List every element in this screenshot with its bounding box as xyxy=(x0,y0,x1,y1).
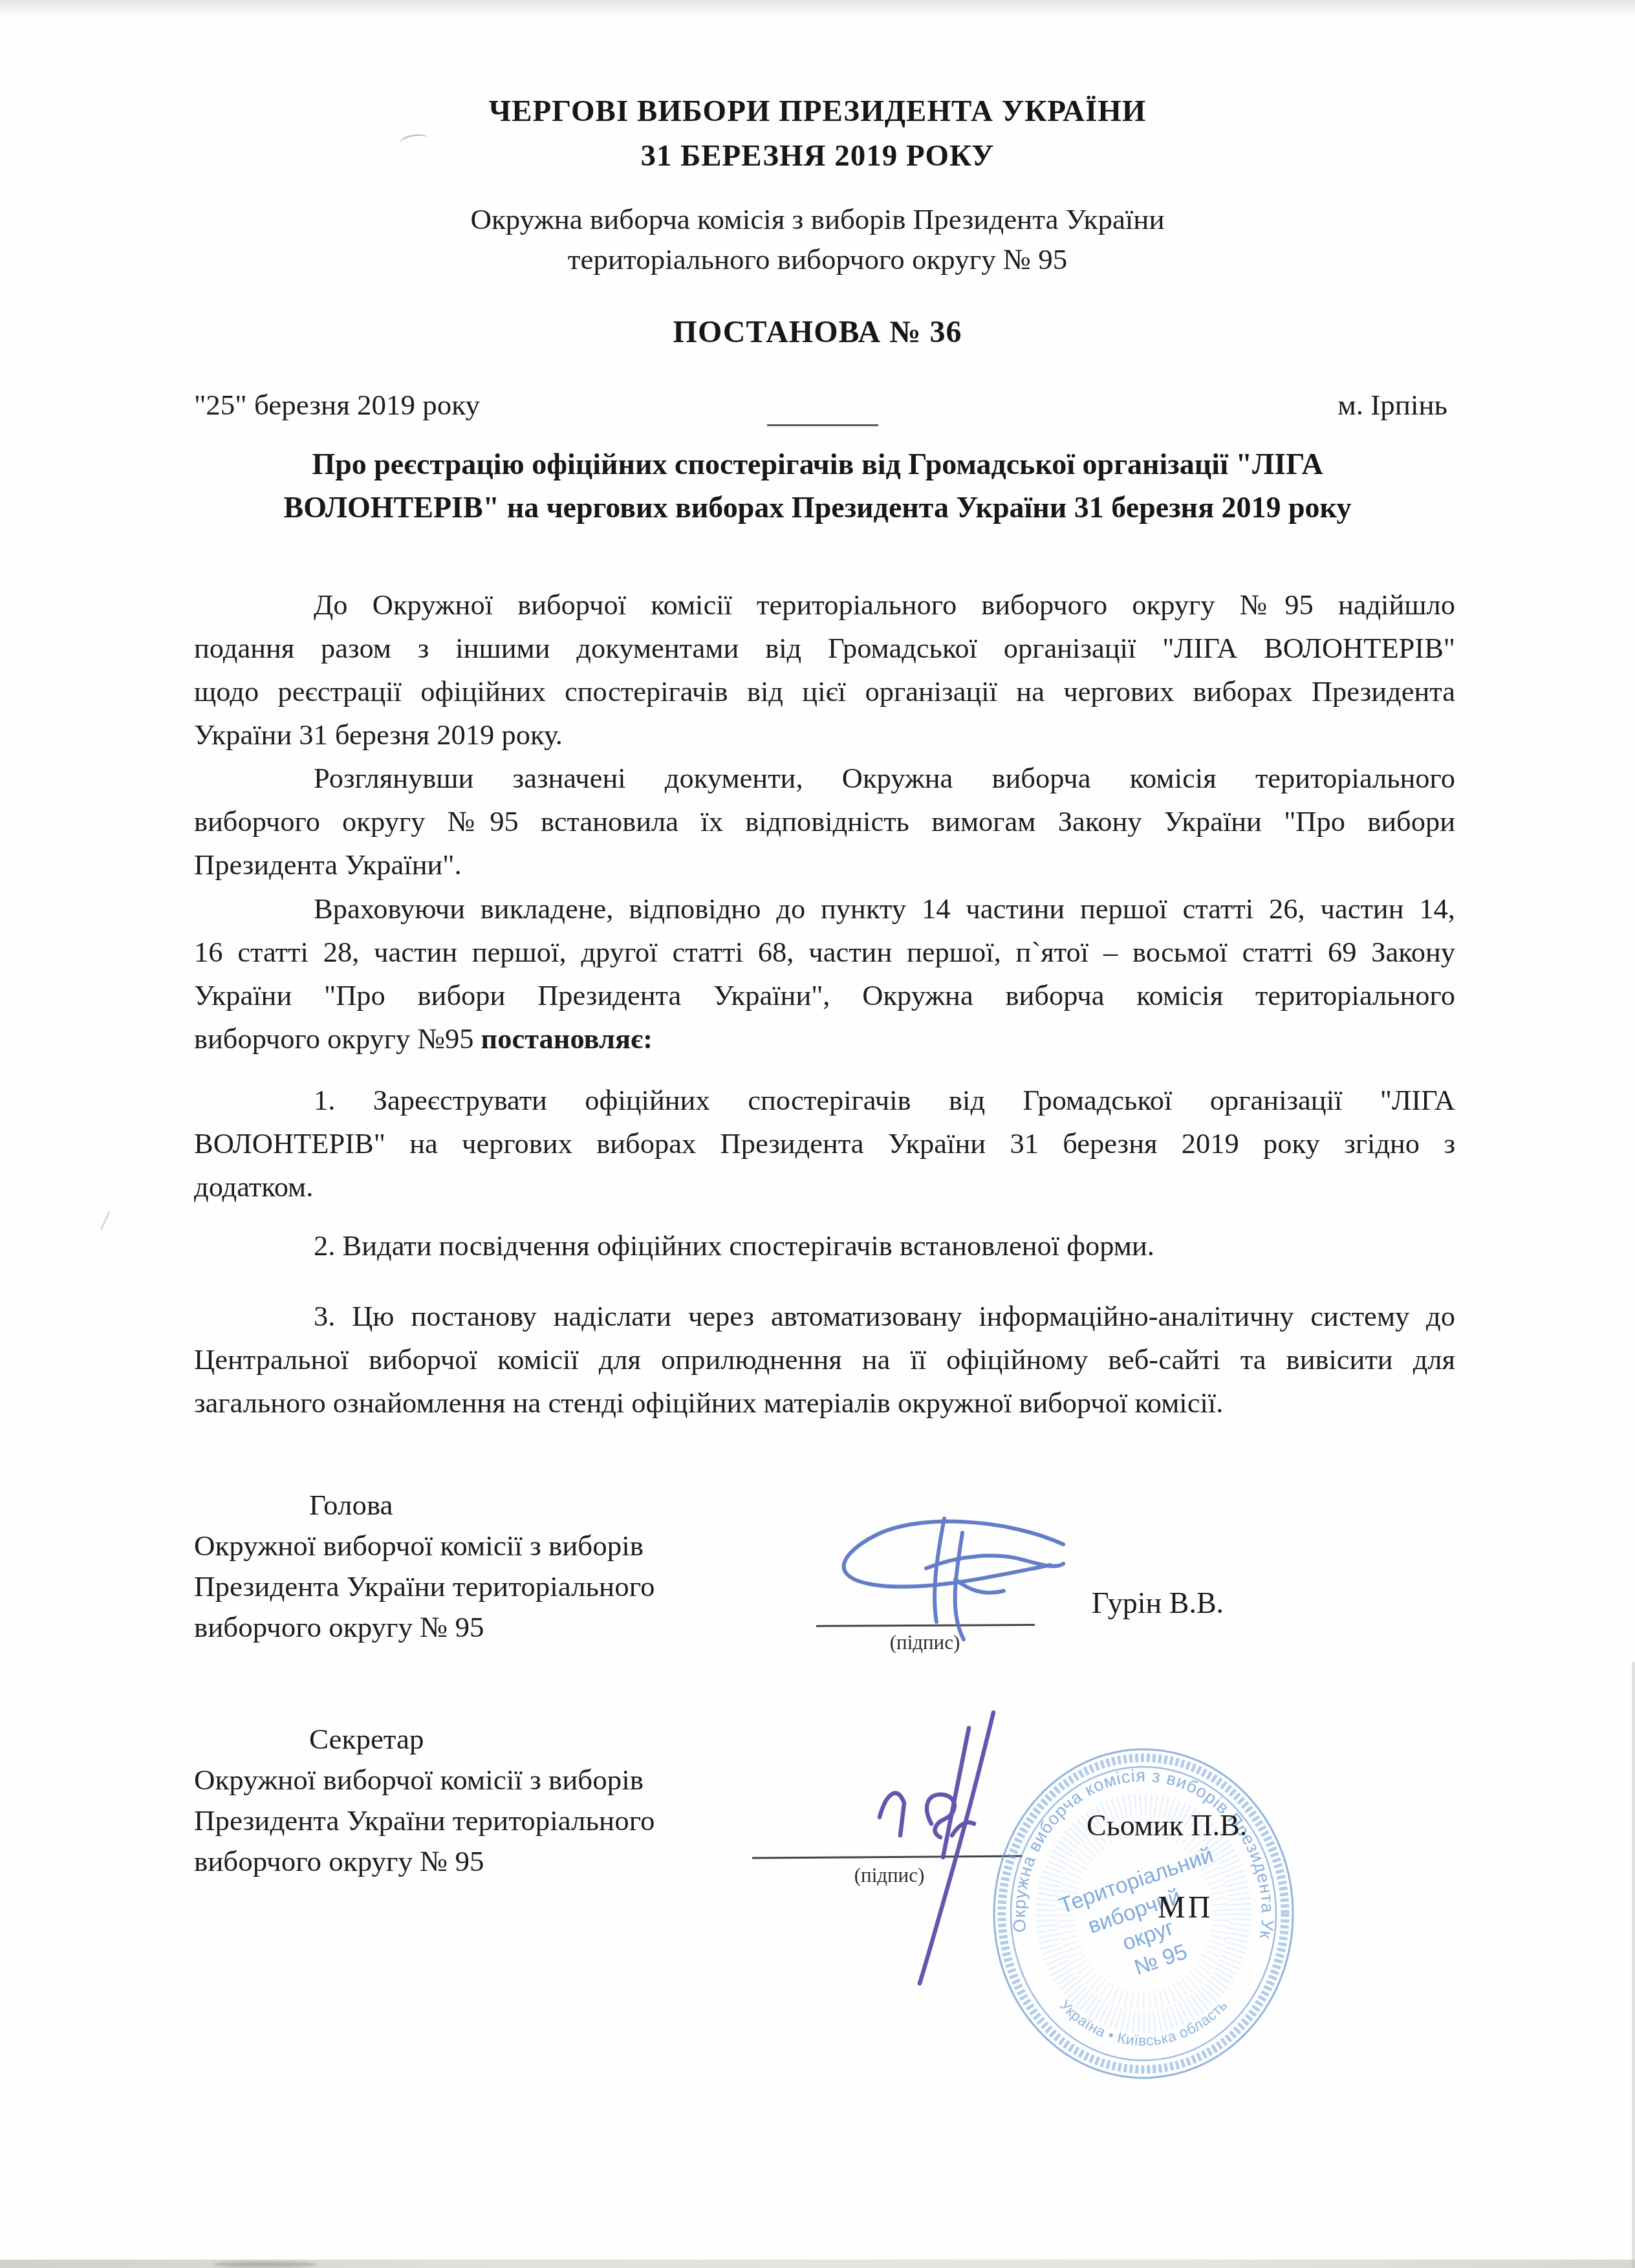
paragraph-3-bold: постановляє: xyxy=(481,1022,653,1055)
text-line: щодо реєстрації офіційних спостерігачів … xyxy=(194,670,1455,713)
signatory-role-secretary: СекретарОкружної виборчої комісії з вибо… xyxy=(194,1719,828,1882)
text-line: виборчого округу №95 встановила їх відпо… xyxy=(194,800,1455,843)
subject-line-1: Про реєстрацію офіційних спостерігачів в… xyxy=(194,442,1441,486)
header-line-2: 31 БЕРЕЗНЯ 2019 РОКУ xyxy=(0,134,1635,178)
commission-name: Окружна виборча комісія з виборів Презид… xyxy=(0,199,1635,279)
text-line: 16 статті 28, частин першої, другої стат… xyxy=(194,931,1455,974)
paragraph-3-lines: Враховуючи викладене, відповідно до пунк… xyxy=(194,887,1455,1017)
text-line: Президента України територіального xyxy=(194,1800,828,1841)
scan-edge-smudge xyxy=(213,2262,317,2267)
seal-placeholder-mp: МП xyxy=(1158,1890,1213,1925)
signatory-name-secretary: Сьомик П.В. xyxy=(1087,1808,1247,1842)
blank-underscore-line xyxy=(767,424,878,426)
resolution-item-3: 3. Цю постанову надіслати через автомати… xyxy=(194,1295,1455,1425)
resolution-title: ПОСТАНОВА № 36 xyxy=(0,314,1635,350)
scan-artifact xyxy=(100,1211,125,1237)
date-row: "25" березня 2019 року м. Ірпінь xyxy=(194,388,1447,422)
paragraph-3-plain: виборчого округу №95 xyxy=(194,1022,481,1055)
scan-edge-top xyxy=(0,0,1635,17)
document-place: м. Ірпінь xyxy=(1337,388,1447,422)
text-line: 1. Зареєструвати офіційних спостерігачів… xyxy=(194,1079,1455,1122)
text-line: Голова xyxy=(194,1485,828,1526)
text-line: До Окружної виборчої комісії територіаль… xyxy=(194,583,1455,627)
text-line: Президента України". xyxy=(194,843,1455,887)
text-line: 3. Цю постанову надіслати через автомати… xyxy=(194,1295,1455,1338)
handwritten-signature-head xyxy=(810,1507,1094,1646)
paragraphs-1-2: До Окружної виборчої комісії територіаль… xyxy=(194,583,1455,887)
resolution-item-1: 1. Зареєструвати офіційних спостерігачів… xyxy=(194,1079,1455,1209)
text-line: додатком. xyxy=(194,1165,1455,1209)
text-line: Президента України територіального xyxy=(194,1566,828,1607)
text-line: України 31 березня 2019 року. xyxy=(194,713,1455,757)
scan-edge-right xyxy=(1632,1662,1635,2268)
text-line: подання разом з іншими документами від Г… xyxy=(194,627,1455,670)
text-line: Центральної виборчої комісії для оприлюд… xyxy=(194,1338,1455,1381)
header-line-1: ЧЕРГОВІ ВИБОРИ ПРЕЗИДЕНТА УКРАЇНИ xyxy=(0,89,1635,134)
official-round-stamp: Окружна виборча комісія з виборів Презид… xyxy=(991,1746,1296,2081)
text-line: України "Про вибори Президента України",… xyxy=(194,974,1455,1017)
subject-title: Про реєстрацію офіційних спостерігачів в… xyxy=(194,442,1441,529)
text-line: 2. Видати посвідчення офіційних спостері… xyxy=(194,1224,1455,1268)
paragraph-2: Розглянувши зазначені документи, Окружна… xyxy=(194,757,1455,887)
paragraph-3-last-line: виборчого округу №95 постановляє: xyxy=(194,1017,1455,1061)
text-line: виборчого округу № 95 xyxy=(194,1841,828,1882)
text-line: Розглянувши зазначені документи, Окружна… xyxy=(194,757,1455,800)
document-header: ЧЕРГОВІ ВИБОРИ ПРЕЗИДЕНТА УКРАЇНИ 31 БЕР… xyxy=(0,89,1635,178)
text-line: Секретар xyxy=(194,1719,828,1760)
signatory-role-head: ГоловаОкружної виборчої комісії з виборі… xyxy=(194,1485,828,1648)
commission-line-2: територіального виборчого округу № 95 xyxy=(0,239,1635,279)
signatory-name-head: Гурін В.В. xyxy=(1092,1586,1224,1620)
document-date: "25" березня 2019 року xyxy=(194,388,480,422)
commission-line-1: Окружна виборча комісія з виборів Презид… xyxy=(0,199,1635,239)
text-line: Окружної виборчої комісії з виборів xyxy=(194,1526,828,1566)
text-line: загального ознайомлення на стенді офіцій… xyxy=(194,1381,1455,1425)
paragraph-3: Враховуючи викладене, відповідно до пунк… xyxy=(194,887,1455,1061)
text-line: виборчого округу № 95 xyxy=(194,1607,828,1648)
scanned-document-page: ЧЕРГОВІ ВИБОРИ ПРЕЗИДЕНТА УКРАЇНИ 31 БЕР… xyxy=(0,0,1635,2268)
text-line: ВОЛОНТЕРІВ" на чергових виборах Президен… xyxy=(194,1122,1455,1165)
text-line: Враховуючи викладене, відповідно до пунк… xyxy=(194,887,1455,931)
paragraph-1: До Окружної виборчої комісії територіаль… xyxy=(194,583,1455,757)
subject-line-2: ВОЛОНТЕРІВ" на чергових виборах Президен… xyxy=(194,486,1441,529)
resolution-item-2: 2. Видати посвідчення офіційних спостері… xyxy=(194,1224,1455,1268)
text-line: Окружної виборчої комісії з виборів xyxy=(194,1760,828,1800)
handwritten-signature-secretary xyxy=(855,1709,1004,1993)
